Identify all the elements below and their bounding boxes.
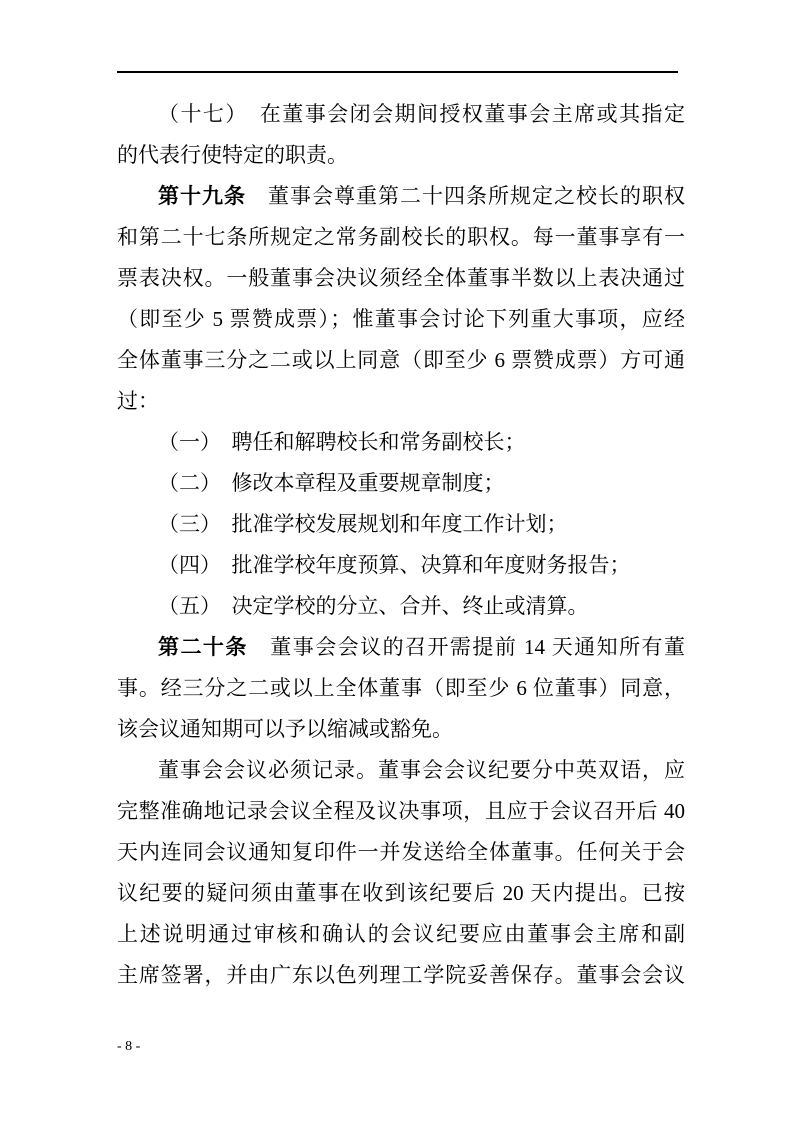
clause-number: 第二十条 (158, 635, 248, 659)
text-line: 议纪要的疑问须由董事在收到该纪要后 20 天内提出。已按 (117, 873, 685, 914)
text-line: 上述说明通过审核和确认的会议纪要应由董事会主席和副 (117, 914, 685, 955)
text-line: 第十九条 董事会尊重第二十四条所规定之校长的职权 (117, 176, 685, 217)
header-rule (117, 71, 678, 73)
line-text: 完整准确地记录会议全程及议决事项，且应于会议召开后 40 (117, 799, 685, 823)
line-text: 票表决权。一般董事会决议须经全体董事半数以上表决通过 (117, 266, 685, 290)
line-text: 全体董事三分之二或以上同意（即至少 6 票赞成票）方可通 (117, 348, 685, 372)
text-line: 全体董事三分之二或以上同意（即至少 6 票赞成票）方可通 (117, 340, 685, 381)
text-line: 第二十条 董事会会议的召开需提前 14 天通知所有董 (117, 627, 685, 668)
line-text: （三） 批准学校发展规划和年度工作计划； (158, 512, 568, 536)
line-text: 天内连同会议通知复印件一并发送给全体董事。任何关于会 (117, 840, 685, 864)
list-item: （四） 批准学校年度预算、决算和年度财务报告； (117, 545, 685, 586)
line-text: 主席签署，并由广东以色列理工学院妥善保存。董事会会议 (117, 963, 685, 987)
line-text: （十七） 在董事会闭会期间授权董事会主席或其指定 (158, 102, 685, 126)
text-line: 天内连同会议通知复印件一并发送给全体董事。任何关于会 (117, 832, 685, 873)
line-text: 议纪要的疑问须由董事在收到该纪要后 20 天内提出。已按 (117, 881, 685, 905)
text-line: 董事会会议必须记录。董事会会议纪要分中英双语，应 (117, 750, 685, 791)
text-line: 事。经三分之二或以上全体董事（即至少 6 位董事）同意， (117, 668, 685, 709)
line-text: （二） 修改本章程及重要规章制度； (158, 471, 505, 495)
text-line: 和第二十七条所规定之常务副校长的职权。每一董事享有一 (117, 217, 685, 258)
line-text: （四） 批准学校年度预算、决算和年度财务报告； (158, 553, 631, 577)
clause-number: 第十九条 (158, 184, 246, 208)
line-text: （一） 聘任和解聘校长和常务副校长； (158, 430, 526, 454)
list-item: （五） 决定学校的分立、合并、终止或清算。 (117, 586, 685, 627)
document-page: （十七） 在董事会闭会期间授权董事会主席或其指定 的代表行使特定的职责。 第十九… (0, 0, 794, 1123)
line-text: 董事会会议必须记录。董事会会议纪要分中英双语，应 (158, 758, 685, 782)
text-line: 票表决权。一般董事会决议须经全体董事半数以上表决通过 (117, 258, 685, 299)
line-text: 该会议通知期可以予以缩减或豁免。 (117, 717, 453, 741)
text-line: 主席签署，并由广东以色列理工学院妥善保存。董事会会议 (117, 955, 685, 996)
line-text: 董事会会议的召开需提前 14 天通知所有董 (248, 635, 685, 659)
list-item: （二） 修改本章程及重要规章制度； (117, 463, 685, 504)
text-line: （十七） 在董事会闭会期间授权董事会主席或其指定 (117, 94, 685, 135)
line-text: 董事会尊重第二十四条所规定之校长的职权 (246, 184, 685, 208)
line-text: 上述说明通过审核和确认的会议纪要应由董事会主席和副 (117, 922, 685, 946)
page-number: - 8 - (117, 1038, 140, 1056)
line-text: 和第二十七条所规定之常务副校长的职权。每一董事享有一 (117, 225, 685, 249)
line-text: （五） 决定学校的分立、合并、终止或清算。 (158, 594, 589, 618)
document-body: （十七） 在董事会闭会期间授权董事会主席或其指定 的代表行使特定的职责。 第十九… (117, 94, 685, 996)
line-text: 的代表行使特定的职责。 (117, 143, 348, 167)
text-line: 过： (117, 381, 685, 422)
line-text: 事。经三分之二或以上全体董事（即至少 6 位董事）同意， (117, 676, 685, 700)
list-item: （三） 批准学校发展规划和年度工作计划； (117, 504, 685, 545)
text-line: （即至少 5 票赞成票）；惟董事会讨论下列重大事项，应经 (117, 299, 685, 340)
line-text: （即至少 5 票赞成票）；惟董事会讨论下列重大事项，应经 (117, 307, 685, 331)
text-line: 的代表行使特定的职责。 (117, 135, 685, 176)
text-line: 完整准确地记录会议全程及议决事项，且应于会议召开后 40 (117, 791, 685, 832)
line-text: 过： (117, 389, 159, 413)
text-line: 该会议通知期可以予以缩减或豁免。 (117, 709, 685, 750)
list-item: （一） 聘任和解聘校长和常务副校长； (117, 422, 685, 463)
